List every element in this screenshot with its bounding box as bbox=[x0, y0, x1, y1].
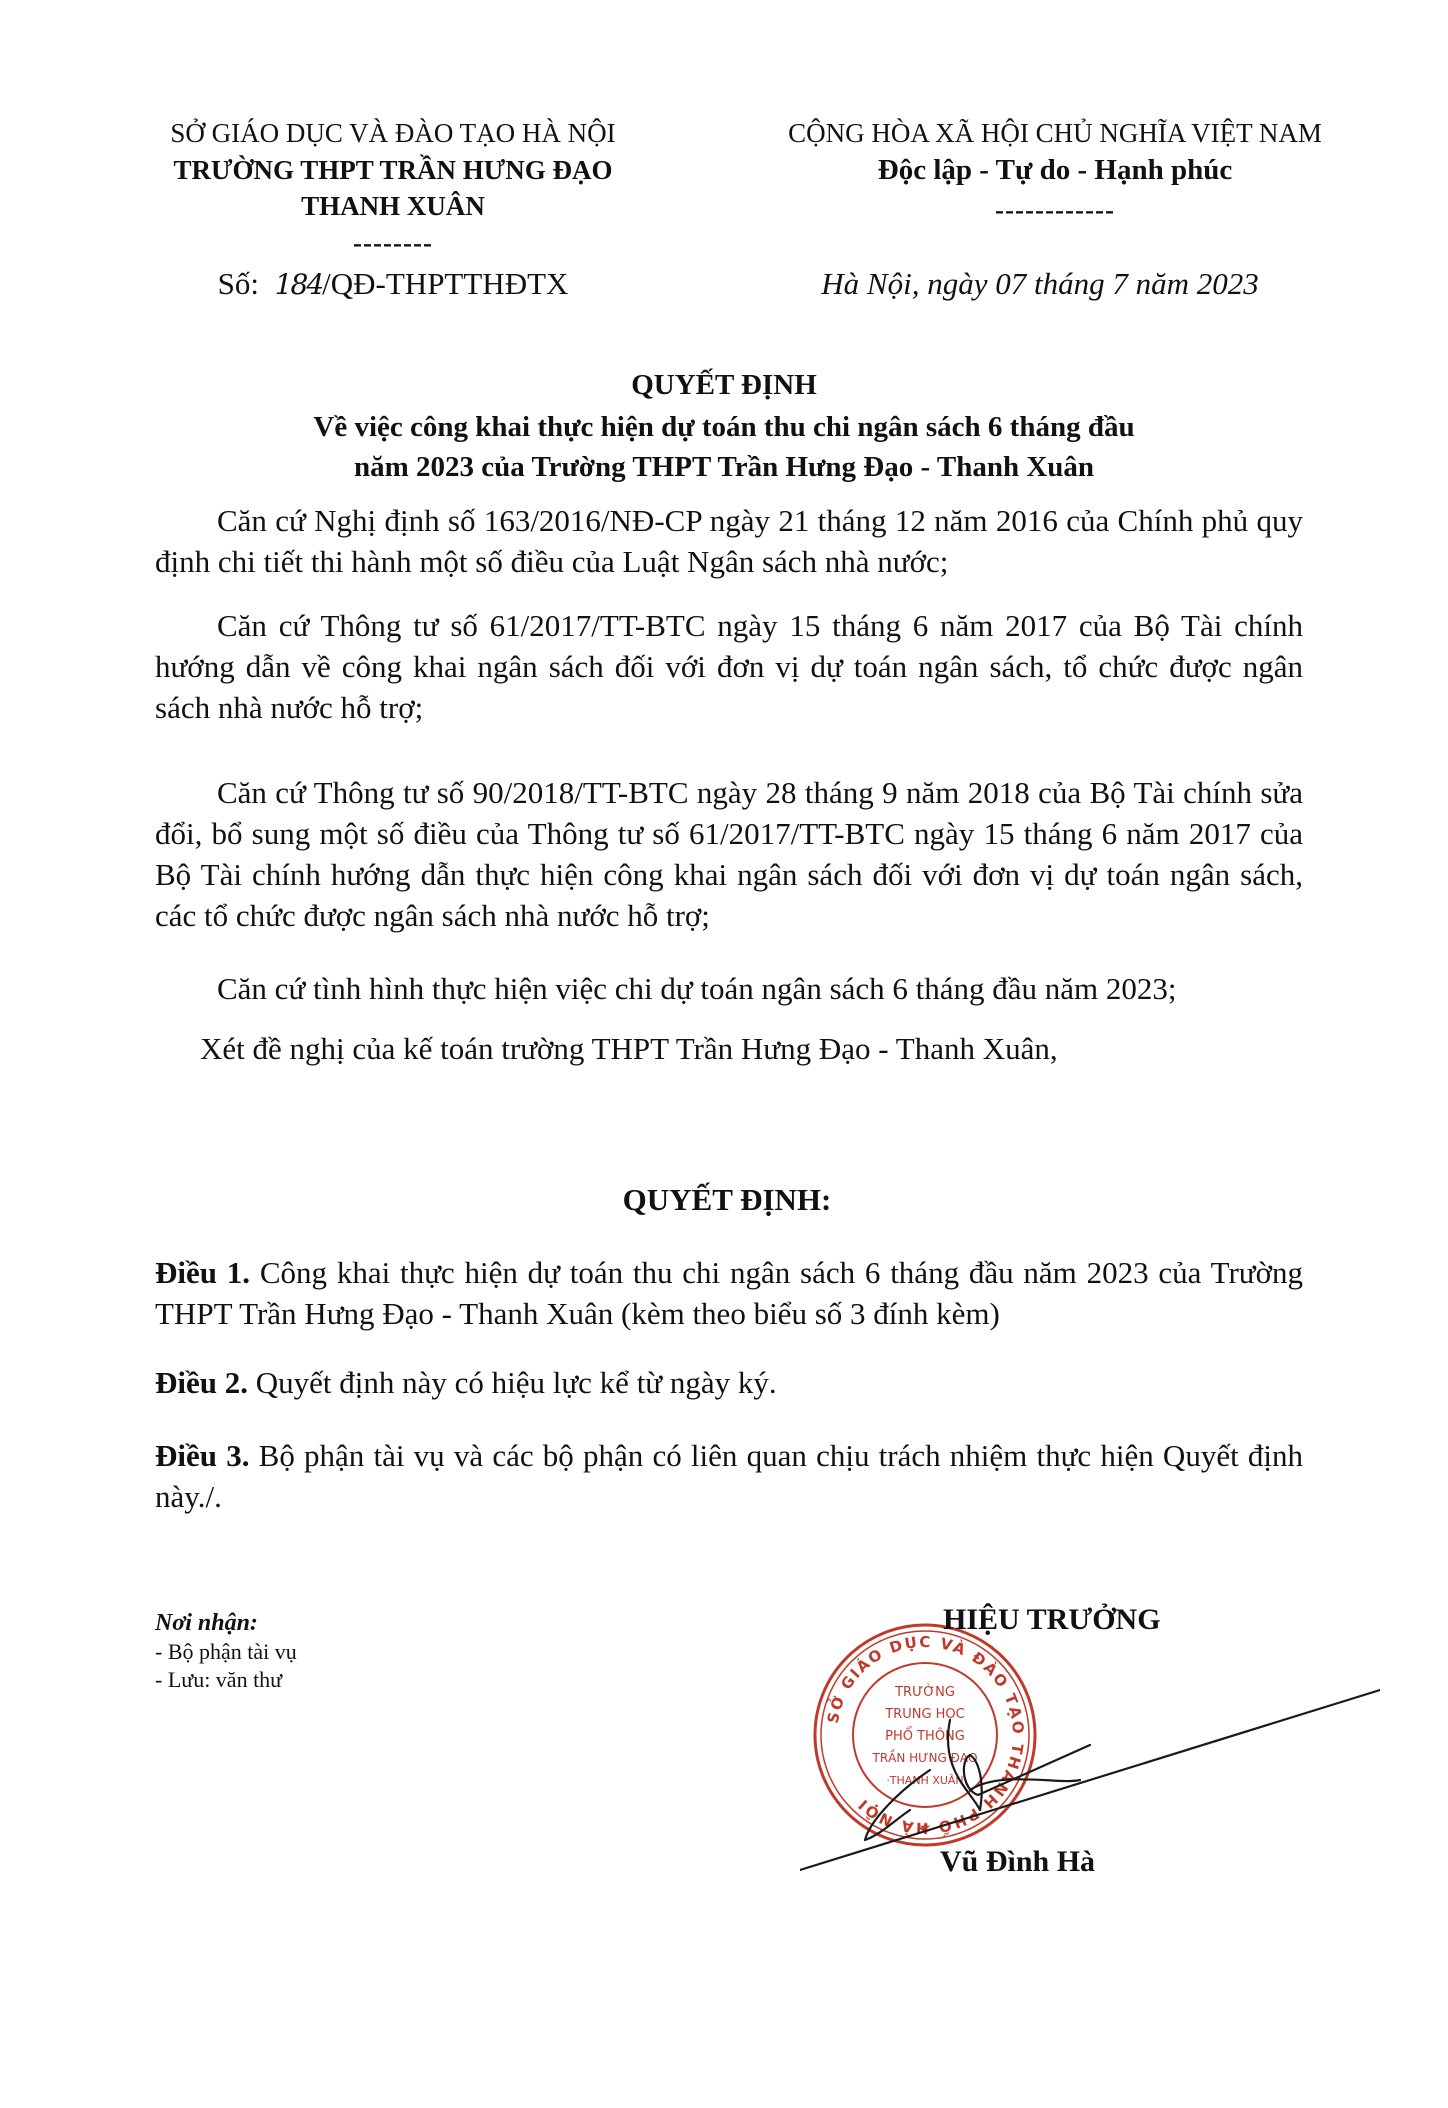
left-divider: -------- bbox=[353, 225, 433, 261]
signer-name: Vũ Đình Hà bbox=[940, 1842, 1095, 1882]
number-handwritten: 184 bbox=[275, 268, 322, 301]
article-2: Điều 2. Quyết định này có hiệu lực kể từ… bbox=[155, 1362, 1303, 1403]
document-date: Hà Nội, ngày 07 tháng 7 năm 2023 bbox=[821, 264, 1258, 304]
preamble-paragraph: Căn cứ Thông tư số 90/2018/TT-BTC ngày 2… bbox=[155, 772, 1303, 936]
agency-name: SỞ GIÁO DỤC VÀ ĐÀO TẠO HÀ NỘI bbox=[170, 115, 615, 151]
preamble-paragraph: Xét đề nghị của kế toán trường THPT Trần… bbox=[200, 1028, 1058, 1069]
number-suffix: /QĐ-THPTTHĐTX bbox=[322, 266, 568, 301]
school-name-line1: TRƯỜNG THPT TRẦN HƯNG ĐẠO bbox=[173, 152, 612, 188]
article-3: Điều 3. Bộ phận tài vụ và các bộ phận có… bbox=[155, 1435, 1303, 1517]
preamble-paragraph: Căn cứ Thông tư số 61/2017/TT-BTC ngày 1… bbox=[155, 605, 1303, 728]
document-title: QUYẾT ĐỊNH bbox=[631, 366, 817, 404]
signer-title: HIỆU TRƯỞNG bbox=[943, 1600, 1161, 1640]
right-divider: ------------ bbox=[995, 192, 1115, 228]
document-subtitle-line1: Về việc công khai thực hiện dự toán thu … bbox=[313, 408, 1134, 446]
preamble-text: Căn cứ Thông tư số 61/2017/TT-BTC ngày 1… bbox=[155, 608, 1303, 725]
recipient-item: - Lưu: văn thư bbox=[155, 1666, 297, 1694]
article-label: Điều 1. bbox=[155, 1255, 250, 1290]
national-motto: Độc lập - Tự do - Hạnh phúc bbox=[878, 152, 1233, 188]
preamble-paragraph: Căn cứ Nghị định số 163/2016/NĐ-CP ngày … bbox=[155, 500, 1303, 582]
number-label: Số: bbox=[218, 266, 259, 301]
preamble-text: Căn cứ Thông tư số 90/2018/TT-BTC ngày 2… bbox=[155, 775, 1303, 933]
article-label: Điều 3. bbox=[155, 1438, 249, 1473]
document-subtitle-line2: năm 2023 của Trường THPT Trần Hưng Đạo -… bbox=[354, 448, 1094, 486]
article-text: Quyết định này có hiệu lực kể từ ngày ký… bbox=[248, 1365, 777, 1400]
school-name-line2: THANH XUÂN bbox=[301, 188, 485, 224]
recipient-item: - Bộ phận tài vụ bbox=[155, 1638, 297, 1666]
article-text: Bộ phận tài vụ và các bộ phận có liên qu… bbox=[155, 1438, 1303, 1514]
decision-heading: QUYẾT ĐỊNH: bbox=[623, 1180, 832, 1220]
article-label: Điều 2. bbox=[155, 1365, 248, 1400]
document-number: Số: 184/QĐ-THPTTHĐTX bbox=[218, 264, 569, 305]
recipients-block: Nơi nhận: - Bộ phận tài vụ - Lưu: văn th… bbox=[155, 1608, 297, 1694]
preamble-text: Căn cứ Nghị định số 163/2016/NĐ-CP ngày … bbox=[155, 503, 1303, 579]
article-1: Điều 1. Công khai thực hiện dự toán thu … bbox=[155, 1252, 1303, 1334]
nation-name: CỘNG HÒA XÃ HỘI CHỦ NGHĨA VIỆT NAM bbox=[788, 115, 1322, 151]
recipients-label: Nơi nhận: bbox=[155, 1608, 297, 1638]
preamble-paragraph: Căn cứ tình hình thực hiện việc chi dự t… bbox=[217, 968, 1177, 1009]
article-text: Công khai thực hiện dự toán thu chi ngân… bbox=[155, 1255, 1303, 1331]
